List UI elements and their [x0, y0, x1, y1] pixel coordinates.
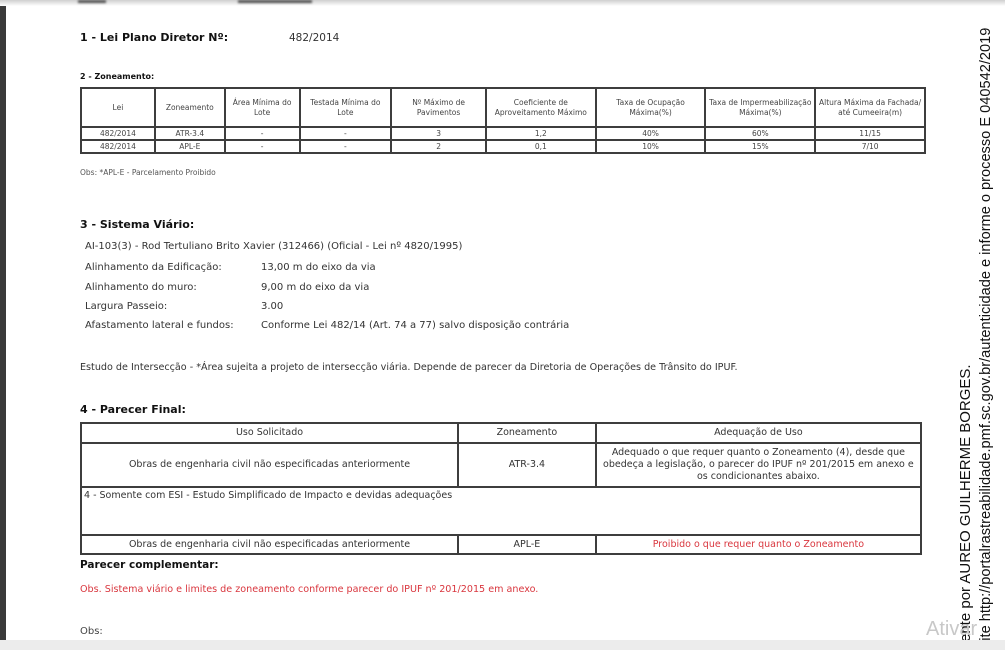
header-coeficiente: Coeficiente de Aproveitamento Máximo	[486, 88, 596, 127]
cell-taxa-ocupacao: 40%	[596, 127, 706, 140]
cell-zoneamento: ATR-3.4	[155, 127, 225, 140]
road-description: AI-103(3) - Rod Tertuliano Brito Xavier …	[85, 241, 462, 252]
activation-watermark: Ativar	[926, 618, 977, 641]
obs-label: Obs:	[80, 626, 103, 637]
header-lei: Lei	[81, 88, 155, 127]
cell-taxa-ocupacao: 10%	[596, 140, 706, 153]
cell-area-minima: -	[225, 140, 300, 153]
header-adequacao: Adequação de Uso	[596, 423, 921, 443]
stamp-signer-line: ente por AUREO GUILHERME BORGES.	[957, 364, 974, 642]
cell-area-minima: -	[225, 127, 300, 140]
field-value: 13,00 m do eixo da via	[261, 262, 376, 273]
field-label: Afastamento lateral e fundos:	[85, 320, 234, 331]
viewer-left-border	[0, 0, 6, 650]
field-value: 9,00 m do eixo da via	[261, 282, 369, 293]
cell-adequacao: Adequado o que requer quanto o Zoneament…	[596, 443, 921, 487]
section-3-title: 3 - Sistema Viário:	[80, 218, 194, 231]
cropped-top-line	[0, 0, 1005, 6]
intersection-study: Estudo de Intersecção - *Área sujeita a …	[80, 362, 738, 373]
table-row: 482/2014 APL-E - - 2 0,1 10% 15% 7/10	[81, 140, 925, 153]
viewer-bottom-edge	[0, 640, 1005, 650]
cell-altura-maxima: 7/10	[815, 140, 925, 153]
table-row: 482/2014 ATR-3.4 - - 3 1,2 40% 60% 11/15	[81, 127, 925, 140]
parecer-complementar-title: Parecer complementar:	[80, 559, 219, 571]
section-1-title: 1 - Lei Plano Diretor Nº:	[80, 31, 228, 44]
header-pavimentos: Nº Máximo de Pavimentos	[391, 88, 486, 127]
zoneamento-table: Lei Zoneamento Área Mínima do Lote Testa…	[80, 87, 926, 154]
header-zoneamento: Zoneamento	[458, 423, 596, 443]
plano-diretor-number: 482/2014	[289, 32, 339, 44]
cell-altura-maxima: 11/15	[815, 127, 925, 140]
zoneamento-obs: Obs: *APL-E - Parcelamento Proibido	[80, 168, 216, 177]
cell-zoneamento: APL-E	[458, 535, 596, 554]
cell-pavimentos: 3	[391, 127, 486, 140]
authentication-stamp: ente por AUREO GUILHERME BORGES. site ht…	[948, 0, 1005, 645]
header-taxa-ocupacao: Taxa de Ocupação Máxima(%)	[596, 88, 706, 127]
header-area-minima: Área Mínima do Lote	[225, 88, 300, 127]
cell-coeficiente: 0,1	[486, 140, 596, 153]
cell-coeficiente: 1,2	[486, 127, 596, 140]
cropped-text	[238, 0, 312, 3]
cell-note: 4 - Somente com ESI - Estudo Simplificad…	[81, 487, 921, 535]
cell-lei: 482/2014	[81, 140, 155, 153]
cell-uso: Obras de engenharia civil não especifica…	[81, 443, 458, 487]
cell-pavimentos: 2	[391, 140, 486, 153]
header-testada-minima: Testada Mínima do Lote	[300, 88, 392, 127]
cell-zoneamento: ATR-3.4	[458, 443, 596, 487]
field-value: Conforme Lei 482/14 (Art. 74 a 77) salvo…	[261, 320, 569, 331]
parecer-header-row: Uso Solicitado Zoneamento Adequação de U…	[81, 423, 921, 443]
cell-lei: 482/2014	[81, 127, 155, 140]
cell-testada-minima: -	[300, 127, 392, 140]
header-zoneamento: Zoneamento	[155, 88, 225, 127]
cell-taxa-impermeabilizacao: 15%	[705, 140, 815, 153]
table-note-row: 4 - Somente com ESI - Estudo Simplificad…	[81, 487, 921, 535]
section-2-title: 2 - Zoneamento:	[80, 72, 154, 81]
section-4-title: 4 - Parecer Final:	[80, 403, 186, 416]
cropped-text	[78, 0, 106, 3]
table-row: Obras de engenharia civil não especifica…	[81, 443, 921, 487]
parecer-complementar-text: Obs. Sistema viário e limites de zoneame…	[80, 584, 538, 595]
zoneamento-header-row: Lei Zoneamento Área Mínima do Lote Testa…	[81, 88, 925, 127]
stamp-url-line: site http://portalrastreabilidade.pmf.sc…	[978, 28, 994, 648]
field-value: 3.00	[261, 301, 283, 312]
parecer-final-table: Uso Solicitado Zoneamento Adequação de U…	[80, 422, 922, 555]
header-altura-maxima: Altura Máxima da Fachada/ até Cumeeira(m…	[815, 88, 925, 127]
cell-adequacao: Proibido o que requer quanto o Zoneament…	[596, 535, 921, 554]
header-uso-solicitado: Uso Solicitado	[81, 423, 458, 443]
field-label: Alinhamento da Edificação:	[85, 262, 222, 273]
header-taxa-impermeabilizacao: Taxa de Impermeabilização Máxima(%)	[705, 88, 815, 127]
cell-uso: Obras de engenharia civil não especifica…	[81, 535, 458, 554]
cell-testada-minima: -	[300, 140, 392, 153]
table-row: Obras de engenharia civil não especifica…	[81, 535, 921, 554]
cell-taxa-impermeabilizacao: 60%	[705, 127, 815, 140]
cell-zoneamento: APL-E	[155, 140, 225, 153]
field-label: Alinhamento do muro:	[85, 282, 197, 293]
field-label: Largura Passeio:	[85, 301, 167, 312]
